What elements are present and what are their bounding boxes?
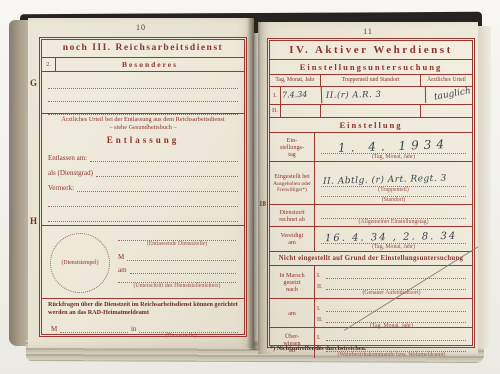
ueberwiesen-row: Über- wiesen an I. II. (Wehrbezirkskomma… bbox=[270, 328, 472, 358]
blank-line bbox=[139, 322, 238, 333]
exam-table-row-1: I. 7.4.34 II.(r) A.R. 3 tauglich bbox=[270, 87, 472, 105]
in-prefix: in bbox=[128, 325, 139, 333]
m-prefix: M bbox=[48, 325, 60, 333]
blank-line bbox=[326, 301, 466, 312]
blank-line bbox=[48, 76, 238, 89]
footnote-ref: 2. bbox=[42, 58, 56, 71]
truppenteil-caption: (Truppenteil) bbox=[321, 187, 466, 194]
page-edge-right bbox=[477, 26, 491, 348]
medical-note-line2: – siehe Gesundheitsbuch – bbox=[42, 124, 244, 132]
label-line: Dienstzeit bbox=[270, 209, 314, 216]
field-entlassen-am: Entlassen am: bbox=[48, 147, 238, 162]
exam-table-row-2: II. bbox=[270, 105, 472, 118]
ueberwiesen-label: Über- wiesen an bbox=[270, 328, 315, 358]
entlassung-fields: Entlassen am: als (Dienstgrad) Vermerk: bbox=[42, 147, 244, 192]
exam-date-handwriting: 7.4.34 bbox=[281, 86, 323, 104]
aufenthaltsort-caption: (Genauer Aufenthaltsort) bbox=[317, 290, 466, 297]
wehrbezirk-caption: (Wehrbezirkskommando bzw. Wehrmeldeamt) bbox=[317, 352, 466, 359]
dienstzeit-label: Dienstzeit rechnet ab bbox=[270, 205, 315, 226]
document-photo: 10 G H noch III. Reichsarbeitsdienst 2. … bbox=[0, 0, 500, 374]
row-index: II. bbox=[270, 105, 281, 117]
blank-line bbox=[48, 192, 238, 207]
extra-write-lines bbox=[42, 192, 244, 222]
date-caption: (Tag, Monat, Jahr) bbox=[321, 244, 466, 251]
stamp-placeholder-circle: (Dienststempel) bbox=[50, 233, 110, 293]
einstellungstag-caption: (Allgemeiner Einstellungstag) bbox=[321, 219, 466, 226]
einstellungstag-value-cell: 1. 4. 1934 (Tag, Monat, Jahr) bbox=[315, 133, 472, 161]
blank-line bbox=[48, 89, 238, 102]
numbered-line-1: I. bbox=[317, 268, 466, 279]
field-label: Entlassen am: bbox=[48, 154, 90, 162]
field-vermerk: Vermerk: bbox=[48, 177, 238, 192]
blank-line bbox=[48, 207, 238, 222]
stamp-label: (Dienststempel) bbox=[61, 260, 98, 266]
nicht-eingestellt-header: Nicht eingestellt auf Grund der Einstell… bbox=[270, 252, 472, 266]
blank-line bbox=[90, 151, 238, 162]
numbered-line-2: II. bbox=[317, 279, 466, 290]
blank-line bbox=[77, 181, 238, 192]
blank-line bbox=[118, 274, 236, 283]
right-page-number: 11 bbox=[258, 27, 478, 36]
blank-line bbox=[326, 312, 466, 323]
am-value-cell: I. II. (Tag, Monat, Jahr) bbox=[315, 299, 472, 327]
field-label: als (Dienstgrad) bbox=[48, 169, 96, 177]
besonderes-label: Besonderes bbox=[56, 58, 244, 71]
label-line: In Marsch bbox=[270, 272, 314, 279]
label-line: stellungs- bbox=[270, 144, 314, 151]
label-line: Eingestellt bei bbox=[270, 173, 314, 180]
medical-note-line1: Ärztliches Urteil bei der Entlassung aus… bbox=[42, 116, 244, 124]
rad-footer-text: Rückfragen über die Dienstzeit im Reichs… bbox=[48, 301, 238, 316]
label-line: Vereidigt bbox=[270, 232, 314, 239]
discharge-signature-block: (Entlassende Dienststelle) M am (Untersc… bbox=[114, 226, 244, 298]
line-index: I. bbox=[317, 273, 326, 279]
margin-letter-g: G bbox=[30, 78, 37, 88]
book-gutter-shadow bbox=[247, 16, 261, 350]
blank-line bbox=[127, 250, 236, 261]
right-form-box: IV. Aktiver Wehrdienst Einstellungsunter… bbox=[267, 38, 475, 348]
exam-unit-handwriting: II.(r) A.R. 3 bbox=[322, 86, 426, 105]
label-line: Ein- bbox=[270, 137, 314, 144]
numbered-line-1: I. bbox=[317, 330, 466, 341]
dienstzeit-value-cell: (Allgemeiner Einstellungstag) bbox=[315, 205, 472, 226]
medical-note: Ärztliches Urteil bei der Entlassung aus… bbox=[42, 114, 244, 133]
blank-line bbox=[326, 330, 466, 341]
label-line: am bbox=[270, 310, 314, 317]
besonderes-header-row: 2. Besonderes bbox=[42, 58, 244, 72]
blank-line bbox=[118, 232, 236, 241]
place-line: M bbox=[118, 248, 236, 261]
empty-cell bbox=[281, 105, 321, 117]
blank-line bbox=[130, 263, 236, 274]
eingestellt-label: Eingestellt bei Ausgehoben oder Freiwill… bbox=[270, 162, 315, 204]
einstellungstag-row: Ein- stellungs- tag 1. 4. 1934 (Tag, Mon… bbox=[270, 133, 472, 162]
am-prefix: am bbox=[118, 266, 130, 274]
field-label: Vermerk: bbox=[48, 184, 77, 192]
label-line: Über- bbox=[270, 333, 314, 340]
right-page-footnote: *) Nichtzutreffendes durchstreichen. bbox=[270, 345, 366, 352]
label-subline: Ausgehoben oder Freiwilliger*) bbox=[270, 181, 314, 193]
blank-line bbox=[96, 166, 238, 177]
in-marsch-label: In Marsch gesetzt nach bbox=[270, 266, 315, 298]
am-label: am bbox=[270, 299, 315, 327]
label-line: nach bbox=[270, 286, 314, 293]
in-marsch-row: In Marsch gesetzt nach I. II. (Genauer A… bbox=[270, 266, 472, 299]
right-page: 11 18 IV. Aktiver Wehrdienst Einstellung… bbox=[258, 22, 478, 354]
numbered-line-2: II. bbox=[317, 312, 466, 323]
eingestellt-row: Eingestellt bei Ausgehoben oder Freiwill… bbox=[270, 162, 472, 205]
dienststelle-caption: (Dienststelle) bbox=[124, 333, 238, 340]
signature-caption: (Unterschrift des Dienststellenleiters) bbox=[118, 283, 236, 290]
vereidigt-value-cell: 16. 4. 34 , 2. 8. 34 (Tag, Monat, Jahr) bbox=[315, 227, 472, 251]
left-page-number: 10 bbox=[28, 23, 254, 32]
entlassung-header: Entlassung bbox=[42, 133, 244, 147]
left-page: 10 G H noch III. Reichsarbeitsdienst 2. … bbox=[28, 18, 254, 348]
field-dienstgrad: als (Dienstgrad) bbox=[48, 162, 238, 177]
row-index: I. bbox=[270, 87, 281, 104]
left-section-title: noch III. Reichsarbeitsdienst bbox=[42, 40, 244, 58]
dienststelle-caption: (Entlassende Dienststelle) bbox=[118, 241, 236, 248]
label-line: am bbox=[270, 239, 314, 246]
ueberwiesen-value-cell: I. II. (Wehrbezirkskommando bzw. Wehrmel… bbox=[315, 328, 472, 358]
empty-cell bbox=[321, 105, 421, 117]
wehrdienst-title: IV. Aktiver Wehrdienst bbox=[270, 41, 472, 60]
vereidigt-row: Vereidigt am 16. 4. 34 , 2. 8. 34 (Tag, … bbox=[270, 227, 472, 252]
left-form-box: noch III. Reichsarbeitsdienst 2. Besonde… bbox=[39, 37, 247, 337]
blank-line bbox=[326, 268, 466, 279]
label-line: tag bbox=[270, 151, 314, 158]
besonderes-write-lines bbox=[42, 72, 244, 114]
einstellung-header: Einstellung bbox=[270, 118, 472, 133]
date-line: am bbox=[118, 261, 236, 274]
m-prefix: M bbox=[118, 253, 127, 261]
untersuchung-header: Einstellungsuntersuchung bbox=[270, 60, 472, 75]
einstellungstag-label: Ein- stellungs- tag bbox=[270, 133, 315, 161]
date-caption: (Tag, Monat, Jahr) bbox=[321, 154, 466, 161]
line-index: II. bbox=[317, 284, 326, 290]
line-index: I. bbox=[317, 335, 326, 341]
dienstzeit-row: Dienstzeit rechnet ab (Allgemeiner Einst… bbox=[270, 205, 472, 227]
col-date-header: Tag, Monat, Jahr bbox=[270, 75, 321, 86]
line-index: II. bbox=[317, 317, 326, 323]
line-index: I. bbox=[317, 306, 326, 312]
label-line: rechnet ab bbox=[270, 216, 314, 223]
col-unit-header: Truppenteil und Standort bbox=[321, 75, 421, 86]
eingestellt-value-cell: II. Abtlg. (r) Art. Regt. 3 (Truppenteil… bbox=[315, 162, 472, 204]
margin-letter-h: H bbox=[30, 216, 37, 226]
exam-table-header: Tag, Monat, Jahr Truppenteil und Standor… bbox=[270, 75, 472, 87]
stamp-section: (Dienststempel) (Entlassende Dienststell… bbox=[42, 225, 244, 298]
numbered-line-1: I. bbox=[317, 301, 466, 312]
rad-footer-box: Rückfragen über die Dienstzeit im Reichs… bbox=[42, 298, 244, 340]
blank-line bbox=[326, 279, 466, 290]
label-line: gesetzt bbox=[270, 279, 314, 286]
in-marsch-value-cell: I. II. (Genauer Aufenthaltsort) bbox=[315, 266, 472, 298]
vereidigt-label: Vereidigt am bbox=[270, 227, 315, 251]
blank-line bbox=[60, 322, 128, 333]
rad-footer-line: M in bbox=[48, 319, 238, 333]
standort-caption: (Standort) bbox=[321, 197, 466, 204]
